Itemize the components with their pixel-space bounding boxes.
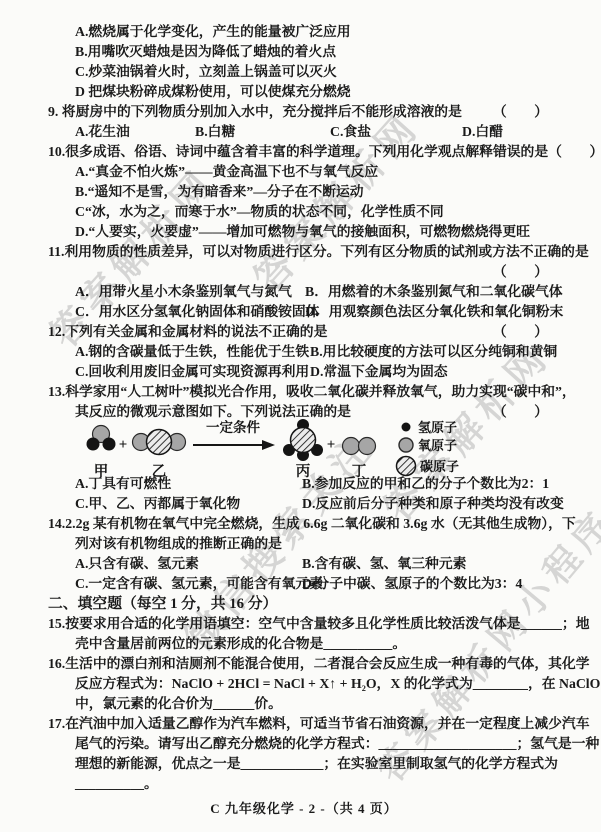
q12-stem: 12.下列有关金属和金属材料的说法不正确的是 （ ）: [48, 322, 560, 342]
q17-line3: 理想的新能源，优点之一是____________；在实验室里制取氢气的化学方程式…: [48, 754, 560, 774]
q14-options-row-1: A.只含有碳、氢元素 B.含有碳、氢、氧三种元素: [48, 554, 560, 574]
exam-content: A.燃烧属于化学变化，产生的能量被广泛应用 B.用嘴吹灭蜡烛是因为降低了蜡烛的着…: [0, 0, 601, 817]
q15-line2: 壳中含量居前两位的元素形成的化合物是__________。: [48, 634, 560, 654]
q8-option-d: D 把煤块粉碎成煤粉使用，可以使煤充分燃烧: [48, 82, 560, 102]
q11-option-b: B．用燃着的木条鉴别氮气和二氧化碳气体: [305, 282, 563, 302]
q10-option-a: A.“真金不怕火炼”——黄金高温下也不与氧气反应: [48, 162, 560, 182]
q13-options-row-2: C.甲、乙、丙都属于氧化物 D.反应前后分子种类和原子种类均没有改变: [48, 494, 560, 514]
q8-option-a: A.燃烧属于化学变化，产生的能量被广泛应用: [48, 22, 560, 42]
q11-option-a: A．用带火星小木条鉴别氧气与氮气: [75, 282, 292, 302]
q11-answer-bracket: （ ）: [48, 262, 560, 282]
legend-carbon-label: 碳原子: [420, 459, 459, 474]
q9-option-b: B.白糖: [195, 122, 235, 142]
q13-stem-line1: 13.科学家用“人工树叶”模拟光合作用，吸收二氧化碳并释放氧气，助力实现“碳中和…: [48, 382, 560, 402]
q12-option-a: A.钢的含碳量低于生铁，性能优于生铁: [75, 342, 309, 362]
q14-option-c: C.一定含有碳、氢元素，可能含有氧元素: [75, 574, 323, 594]
q13-option-c: C.甲、乙、丙都属于氧化物: [75, 494, 240, 514]
q13-reaction-diagram: + 一定条件: [48, 422, 560, 474]
q11-option-d: D．用观察颜色法区分氧化铁和氧化铜粉末: [305, 302, 563, 322]
legend-oxygen-label: 氧原子: [418, 438, 457, 453]
reaction-condition-label: 一定条件: [206, 419, 260, 435]
q13-options-row-1: A.丁具有可燃性 B.参加反应的甲和乙的分子个数比为2：1: [48, 474, 560, 494]
q14-stem-line1: 14.2.2g 某有机物在氧气中完全燃烧，生成 6.6g 二氧化碳和 3.6g …: [48, 514, 560, 534]
q15-line1: 15.按要求用合适的化学用语填空：空气中含量较多且化学性质比较活泼气体是____…: [48, 614, 560, 634]
q9-stem-text: 9. 将厨房中的下列物质分别加入水中，充分搅拌后不能形成溶液的是: [48, 102, 462, 122]
q12-option-b: B.用比较硬度的方法可以区分纯铜和黄铜: [310, 342, 557, 362]
q12-option-d: D.常温下金属均为固态: [310, 362, 448, 382]
molecule-ding-oxygen: [343, 438, 376, 455]
q16-equation-line: 反应方程式为：NaClO + 2HCl = NaCl + X↑ + H₂O，X …: [48, 674, 560, 694]
q9-answer-bracket: （ ）: [493, 102, 560, 122]
q14-option-a: A.只含有碳、氢元素: [75, 554, 199, 574]
q8-option-c: C.炒菜油锅着火时，立刻盖上锅盖可以灭火: [48, 62, 560, 82]
molecule-bing-methane: [283, 419, 323, 461]
section2-title: 二、填空题（每空 1 分，共 16 分）: [48, 594, 560, 614]
legend-hydrogen-label: 氢原子: [418, 420, 457, 435]
molecular-diagram: + 一定条件: [81, 418, 551, 480]
oxygen-atom-icon: [399, 438, 413, 452]
q9-options-row: A.花生油 B.白糖 C.食盐 D.白醋: [48, 122, 560, 142]
carbon-atom-icon: [397, 457, 416, 476]
q14-stem-line2: 列对该有机物组成的推断正确的是: [48, 534, 560, 554]
q12-stem-text: 12.下列有关金属和金属材料的说法不正确的是: [48, 322, 327, 342]
hydrogen-atom-icon: [402, 423, 411, 432]
q10-stem: 10.很多成语、俗语、诗词中蕴含着丰富的科学道理。下列用化学观点解释错误的是（ …: [48, 142, 560, 162]
exam-paper-page: 答案解析网 答案解析网 答案解析网 微信搜索关注 答案解析网小程序 A.燃烧属于…: [0, 0, 601, 832]
q12-option-c: C.回收利用废旧金属可实现资源再利用: [75, 362, 309, 382]
q9-option-d: D.白醋: [462, 122, 503, 142]
q10-option-b: B.“遥知不是雪，为有暗香来”—分子在不断运动: [48, 182, 560, 202]
q10-option-d: D.“人要实，火要虚”——增加可燃物与氧气的接触面积，可燃物燃烧得更旺: [48, 222, 560, 242]
plus-sign: +: [327, 437, 336, 453]
q12-answer-bracket: （ ）: [493, 322, 560, 342]
q11-options-row-1: A．用带火星小木条鉴别氧气与氮气 B．用燃着的木条鉴别氮气和二氧化碳气体: [48, 282, 560, 302]
q8-option-b: B.用嘴吹灭蜡烛是因为降低了蜡烛的着火点: [48, 42, 560, 62]
q9-stem: 9. 将厨房中的下列物质分别加入水中，充分搅拌后不能形成溶液的是 （ ）: [48, 102, 560, 122]
q17-line2: 尾气的污染。请写出乙醇充分燃烧的化学方程式：__________________…: [48, 734, 560, 754]
q11-options-row-2: C．用水区分氢氧化钠固体和硝酸铵固体 D．用观察颜色法区分氧化铁和氧化铜粉末: [48, 302, 560, 322]
molecule-yi-carbon-dioxide: [133, 430, 186, 455]
legend: 氢原子 氧原子 碳原子: [397, 420, 460, 476]
q16-line1: 16.生活中的漂白剂和洁厕剂不能混合使用，二者混合会反应生成一种有毒的气体，其化…: [48, 654, 560, 674]
q13-option-d: D.反应前后分子种类和原子种类均没有改变: [302, 494, 564, 514]
q17-line4: __________。: [48, 774, 560, 794]
q13-option-a: A.丁具有可燃性: [75, 474, 171, 494]
q17-line1: 17.在汽油中加入适量乙醇作为汽车燃料，可适当节省石油资源，并在一定程度上减少汽…: [48, 714, 560, 734]
q10-option-c: C“冰，水为之，而寒于水”—物质的状态不同，化学性质不同: [48, 202, 560, 222]
q12-options-row-2: C.回收利用废旧金属可实现资源再利用 D.常温下金属均为固态: [48, 362, 560, 382]
q13-option-b: B.参加反应的甲和乙的分子个数比为2：1: [302, 474, 549, 494]
q9-option-c: C.食盐: [330, 122, 371, 142]
q14-option-d: D.分子中碳、氢原子的个数比为3：4: [302, 574, 522, 594]
q14-options-row-2: C.一定含有碳、氢元素，可能含有氧元素 D.分子中碳、氢原子的个数比为3：4: [48, 574, 560, 594]
molecule-jia-water: [87, 426, 116, 451]
q16-line3: 中，氯元素的化合价为______价。: [48, 694, 560, 714]
q11-stem: 11.利用物质的性质差异，可以对物质进行区分。下列有区分物质的试剂或方法不正确的…: [48, 242, 560, 262]
plus-sign: +: [119, 437, 128, 453]
q9-option-a: A.花生油: [75, 122, 130, 142]
page-footer: C 九年级化学 - 2 -（共 4 页）: [48, 798, 560, 817]
q14-option-b: B.含有碳、氢、氧三种元素: [302, 554, 466, 574]
q12-options-row-1: A.钢的含碳量低于生铁，性能优于生铁 B.用比较硬度的方法可以区分纯铜和黄铜: [48, 342, 560, 362]
reaction-arrow: [193, 440, 275, 450]
q11-option-c: C．用水区分氢氧化钠固体和硝酸铵固体: [75, 302, 320, 322]
